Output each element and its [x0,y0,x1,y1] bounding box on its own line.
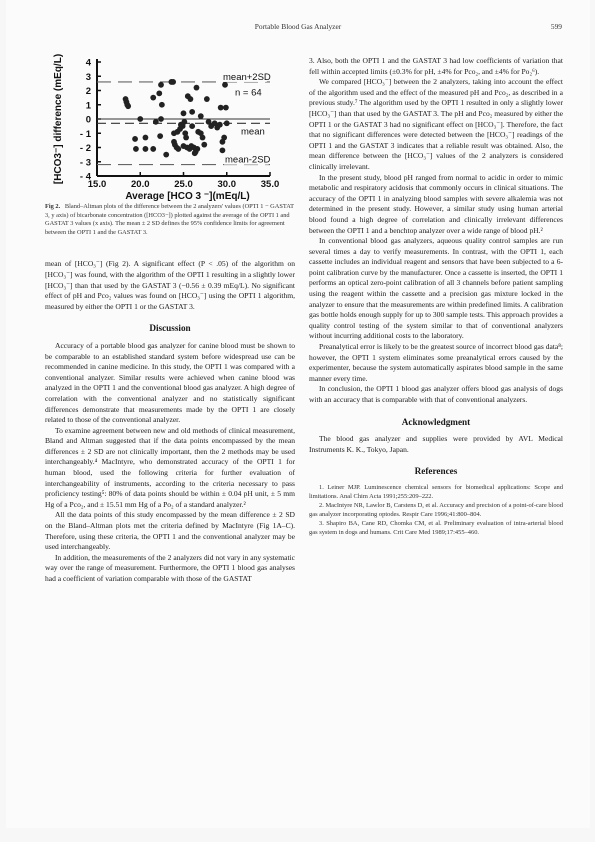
n-count-label: n = 64 [235,87,262,98]
data-point [217,122,223,128]
data-point [158,116,164,122]
data-point [133,146,139,152]
body-paragraph: In addition, the measurements of the 2 a… [45,553,295,585]
y-tick-label: - 1 [80,129,92,140]
data-point [125,103,131,109]
body-paragraph: We compared [HCO₃⁻] between the 2 analyz… [309,77,563,172]
data-point [150,95,156,101]
body-paragraph: In conventional blood gas analyzers, aqu… [309,236,563,342]
mean-label: mean [241,126,265,137]
body-paragraph: 3. Also, both the OPTI 1 and the GASTAT … [309,56,563,77]
y-axis-label: [HCO3⁻] difference (mEq/L) [53,54,64,184]
data-point [183,135,189,141]
data-point [204,96,210,102]
x-tick-label: 35.0 [261,179,280,190]
body-paragraph: In the present study, blood pH ranged fr… [309,173,563,237]
reference-item: 2. MacIntyre NR, Lawlor B, Carstens D, e… [309,502,563,520]
reference-item: 1. Leiner MJP. Luminescence chemical sen… [309,484,563,502]
caption-text: Bland–Altman plots of the difference bet… [45,203,294,236]
x-tick-label: 25.0 [174,179,193,190]
discussion-heading: Discussion [45,323,295,334]
body-paragraph: Accuracy of a portable blood gas analyze… [45,341,295,426]
data-point [218,105,224,111]
references-heading: References [309,466,563,477]
running-title: Portable Blood Gas Analyzer [6,22,590,31]
journal-page: Portable Blood Gas Analyzer 599 43210- 1… [6,0,590,828]
reference-list: 1. Leiner MJP. Luminescence chemical sen… [309,484,563,537]
data-point [220,147,226,153]
data-point [223,105,229,111]
x-axis-label: Average [HCO 3 ⁻](mEq/L) [125,191,249,202]
x-tick-label: 20.0 [131,179,150,190]
y-tick-label: 4 [86,58,92,69]
data-point [132,136,138,142]
body-paragraph: In conclusion, the OPTI 1 blood gas anal… [309,384,563,405]
body-paragraph: Preanalytical error is likely to be the … [309,342,563,384]
left-column: 43210- 1- 2- 3- 415.020.025.030.035.0Ave… [45,50,295,585]
data-point [143,146,149,152]
data-point [175,146,181,152]
data-point [137,116,143,122]
data-point [181,110,187,116]
y-tick-label: - 3 [80,157,91,168]
mean-minus-2sd-label: mean-2SD [225,155,271,166]
data-point [181,119,187,125]
data-point [153,119,159,125]
figure-caption: Fig 2. Bland–Altman plots of the differe… [45,203,295,237]
data-point [194,85,200,91]
body-paragraph: To examine agreement between new and old… [45,426,295,511]
data-point [189,109,195,115]
right-column: 3. Also, both the OPTI 1 and the GASTAT … [309,56,563,537]
page-number: 599 [551,22,562,31]
data-point [188,96,194,102]
data-point [201,142,207,148]
bland-altman-figure: 43210- 1- 2- 3- 415.020.025.030.035.0Ave… [45,50,295,202]
data-point [158,82,164,88]
bland-altman-chart: 43210- 1- 2- 3- 415.020.025.030.035.0Ave… [45,50,295,202]
data-point [143,135,149,141]
body-paragraph: mean of [HCO₃⁻] (Fig 2). A significant e… [45,259,295,312]
data-point [198,113,204,119]
data-point [200,135,206,141]
y-tick-label: 1 [86,100,92,111]
data-point [157,133,163,139]
data-point [170,79,176,85]
data-point [189,123,195,129]
y-tick-label: 3 [86,72,91,83]
x-tick-label: 15.0 [88,179,107,190]
caption-label: Fig 2. [45,203,60,210]
reference-item: 3. Shapiro BA, Cane RD, Chomka CM, et al… [309,520,563,538]
mean-plus-2sd-label: mean+2SD [223,72,271,83]
data-point [156,90,162,96]
acknowledgment-text: The blood gas analyzer and supplies were… [309,434,563,455]
data-point [163,152,169,158]
y-tick-label: 2 [86,86,91,97]
y-tick-label: - 2 [80,143,91,154]
data-point [194,146,200,152]
x-tick-label: 30.0 [218,179,237,190]
acknowledgment-heading: Acknowledgment [309,417,563,428]
body-paragraph: All the data points of this study encomp… [45,510,295,552]
data-point [224,120,230,126]
y-tick-label: 0 [86,115,91,126]
data-point [221,135,227,141]
data-point [159,102,165,108]
data-point [150,146,156,152]
